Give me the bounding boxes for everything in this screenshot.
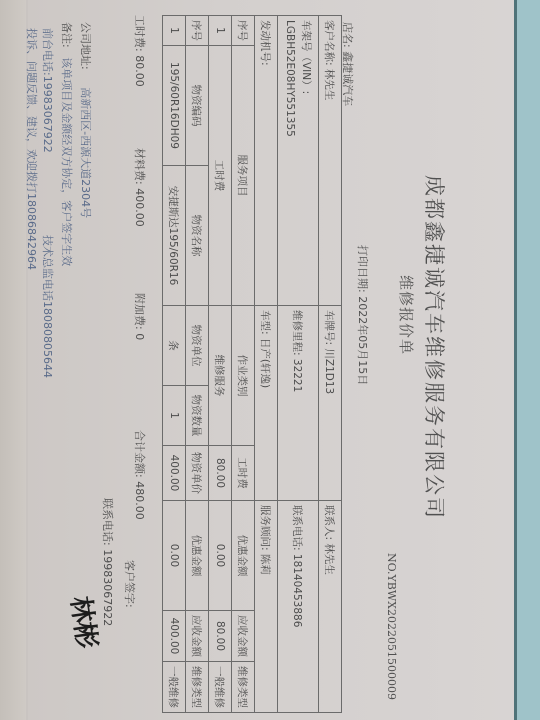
phone-value: 18140453886 — [292, 554, 304, 628]
material-header-qty: 物资数量 — [186, 386, 209, 446]
front-desk-phone: 前台电话:19983067922 — [40, 28, 56, 153]
advisor-cell: 服务顾问: 陈莉 — [255, 501, 278, 713]
service-header-receivable: 应收金额 — [232, 611, 255, 662]
service-header-type: 维修类型 — [232, 662, 255, 713]
address-line: 公司地址: 高新西区-西源大道2304号 — [78, 22, 94, 218]
vin-cell: 车架号（VIN）: LGBH52E08HY551355 — [278, 16, 319, 306]
document-number: NO.YBWX2022051500009 — [385, 553, 398, 700]
remark-line: 备注: 该单项目及金额经双方协定，客户签字生效 — [59, 22, 75, 266]
material-total: 材料费: 400.00 — [132, 148, 148, 227]
service-header-item: 服务项目 — [232, 46, 255, 306]
plate-number: 川Z1D13 — [324, 348, 336, 394]
shop-label: 店名: — [341, 22, 354, 48]
model-cell: 车型: 日产(轩逸) — [255, 306, 278, 501]
contact-cell: 联系人: 林先生 — [319, 501, 342, 713]
shop-name-line: 店名: 鑫捷诚汽车 — [340, 22, 356, 106]
mileage-cell: 维修里程: 32221 — [278, 306, 319, 501]
material-header-receivable: 应收金额 — [186, 611, 209, 662]
material-header-discount: 优惠金额 — [186, 501, 209, 611]
service-header-labor: 工时费 — [232, 446, 255, 501]
shop-name: 鑫捷诚汽车 — [341, 51, 354, 106]
service-header-discount: 优惠金额 — [232, 501, 255, 611]
model-value: 日产(轩逸) — [260, 338, 272, 388]
info-row-engine: 发动机号: 车型: 日产(轩逸) 服务顾问: 陈莉 — [255, 16, 278, 713]
material-header-name: 物资名称 — [186, 166, 209, 306]
material-header-row: 序号 物资编码 物资名称 物资单位 物资数量 物资单价 优惠金额 应收金额 维修… — [186, 16, 209, 713]
customer-cell: 客户名称: 林先生 — [319, 16, 342, 306]
quotation-table: 客户名称: 林先生 车牌号: 川Z1D13 联系人: 林先生 车架号（VIN）:… — [162, 15, 342, 713]
background-surface-left — [0, 0, 26, 720]
engine-cell: 发动机号: — [255, 16, 278, 306]
plate-cell: 车牌号: 川Z1D13 — [319, 306, 342, 501]
print-date-line: 打印日期: 2022年05月15日 — [355, 245, 371, 385]
background-surface-right — [514, 0, 540, 720]
phone-cell: 联系电话: 18140453886 — [278, 501, 319, 713]
service-header-row: 序号 服务项目 作业类别 工时费 优惠金额 应收金额 维修类型 — [232, 16, 255, 713]
material-header-price: 物资单价 — [186, 446, 209, 501]
tech-director-phone: 技术总监电话18080805644 — [40, 235, 56, 378]
info-row-vin: 车架号（VIN）: LGBH52E08HY551355 维修里程: 32221 … — [278, 16, 319, 713]
service-header-seq: 序号 — [232, 16, 255, 46]
customer-signature-line: 客户签字: — [122, 560, 138, 608]
material-header-unit: 物资单位 — [186, 306, 209, 386]
print-date-label: 打印日期: — [356, 245, 369, 293]
advisor-value: 陈莉 — [260, 554, 272, 575]
customer-name: 林先生 — [324, 69, 336, 101]
vin-value: LGBH52E08HY551355 — [284, 20, 296, 137]
material-header-type: 维修类型 — [186, 662, 209, 713]
material-header-seq: 序号 — [186, 16, 209, 46]
repair-quotation-sheet: 成都鑫捷诚汽车维修服务有限公司 维修报价单 NO.YBWX20220515000… — [28, 0, 514, 720]
service-row: 1 工时费 维修服务 80.00 0.00 80.00 一般维修 — [209, 16, 232, 713]
material-header-code: 物资编码 — [186, 46, 209, 166]
grand-total: 合计金额: 480.00 — [132, 430, 148, 520]
form-title: 维修报价单 — [396, 275, 417, 355]
mileage-value: 32221 — [292, 359, 304, 392]
material-row: 1 195/60R16DH09 安捷斯达195/60R16 条 1 400.00… — [163, 16, 186, 713]
company-title: 成都鑫捷诚汽车维修服务有限公司 — [420, 175, 450, 575]
contact-name: 林先生 — [324, 543, 336, 575]
info-row-customer: 客户名称: 林先生 车牌号: 川Z1D13 联系人: 林先生 — [319, 16, 342, 713]
print-date: 2022年05月15日 — [356, 296, 369, 385]
labor-total: 工时费: 80.00 — [132, 15, 148, 87]
service-header-category: 作业类别 — [232, 306, 255, 446]
complaint-hotline: 投诉、问题反馈、建议，欢迎拨打18086842964 — [24, 28, 40, 270]
extra-fee: 附加费: 0 — [132, 293, 148, 340]
shop-phone-line: 联系电话: 19983067922 — [100, 498, 116, 626]
